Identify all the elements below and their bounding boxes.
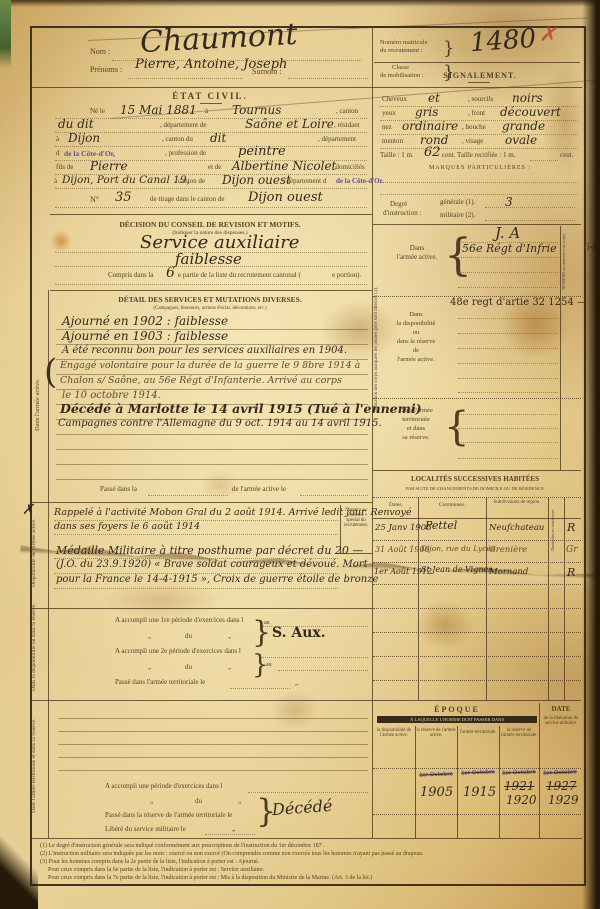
services-brace: ( [44, 352, 57, 392]
header-divider [32, 87, 582, 88]
ditto1: „ [148, 633, 151, 640]
periode2-label: A accompli une 2e période d'exercices da… [115, 648, 241, 655]
cent-label: cent. [560, 152, 573, 159]
localite-row-subdiv: Neufchateau [489, 524, 544, 533]
periode1-label: A accompli une 1re période d'exercices d… [115, 617, 243, 624]
epoque-col1-header: la disponibilité de l'armée active. [374, 728, 414, 738]
repertoire-corps-label: NUMÉRO au répertoire du corps. [562, 232, 571, 292]
departement3-label: , département d [283, 178, 326, 185]
passe-armee-active-label2: de l'armée active le [232, 486, 286, 493]
taille-value: 62 [424, 146, 441, 159]
canton-label: , canton [336, 108, 358, 115]
prenoms-line [128, 78, 243, 79]
localite-row-commune: Pettel [425, 520, 457, 531]
marques-particulieres-label: MARQUES PARTICULIÈRES : [395, 165, 565, 171]
service-entry: le 10 octobre 1914. [62, 391, 161, 401]
localite-row-commune: Dijon, rue du Lycée [421, 545, 495, 553]
dispo-label: Dans [390, 312, 442, 319]
classe-label: Classe [392, 65, 409, 72]
nom-label: Nom : [90, 48, 110, 56]
margin-cross-mark: ✗ [22, 503, 34, 517]
epoque-liberation-old: 1927 [546, 780, 577, 792]
decede-value: Décédé [272, 798, 333, 818]
yeux-value: gris [415, 106, 438, 118]
affectations-side-label: Indication des corps auxquels les jeunes… [374, 228, 384, 470]
col-dates-header: Dates. [375, 503, 417, 509]
armee-active-label2: l'armée active. [392, 254, 442, 261]
canton3-value: Dijon ouest [222, 174, 291, 186]
canton2-label: , canton du [162, 136, 193, 143]
ditto8: „ [232, 826, 235, 833]
matricule-classe-divider [374, 62, 580, 63]
passe-armee-active-label: Passé dans la [100, 486, 137, 493]
signalement-title: SIGNALEMENT. [395, 72, 565, 80]
service-entry-deces: Décédé à Marlotte le 14 avril 1915 (Tué … [60, 403, 422, 416]
residence-value: Dijon [68, 132, 100, 144]
col-subdiv-header: Subdivisions de région. [488, 500, 546, 505]
front-label: , front [468, 110, 485, 117]
armee-active-label: Dans [392, 245, 442, 252]
decision-value2: faiblesse [175, 252, 242, 267]
center-divider [372, 28, 373, 838]
taille-rectifiee-label: cent. Taille rectifiée : 1 m. [442, 152, 515, 159]
medaille-line2: (J.O. du 23.9.1920) « Brave soldat coura… [56, 560, 368, 570]
etat-civil-title: ÉTAT CIVIL. [140, 92, 280, 101]
cheveux-label: Cheveux [382, 96, 407, 103]
services-title: DÉTAIL DES SERVICES ET MUTATIONS DIVERSE… [60, 296, 360, 304]
ditto2: „ [228, 633, 231, 640]
controle-special-header: Numéro au contrôle spécial du recrutemen… [341, 508, 371, 528]
matricule-value: 1480 [469, 26, 537, 57]
nom-value: Chaumont [139, 20, 298, 58]
col-domiciles-header: Domiciles ou résidences. [551, 500, 562, 560]
bouche-value: grande [502, 120, 545, 132]
dispo-value: 48e regt d'artie 32 1254 — [450, 298, 587, 308]
localite-row-mark: Gr [566, 546, 578, 555]
sidebar-armee-active-label: Dans l'armée active. [34, 330, 41, 480]
epoque-liberation-new: 1929 [548, 794, 579, 806]
sidebar-territoriale-label: Dans l'armée territoriale et dans sa rés… [31, 706, 45, 826]
saux-value: S. Aux. [272, 626, 326, 640]
surnom-line [288, 78, 368, 79]
profession-value: peintre [238, 145, 286, 158]
et-de-label: et de [208, 164, 221, 171]
decision-title: DÉCISION DU CONSEIL DE REVISION ET MOTIF… [60, 221, 360, 229]
libere-label: Libéré du service militaire le [105, 826, 186, 833]
fils-de-label: fils de [56, 164, 73, 171]
localite-row-mark: R [567, 567, 575, 578]
departement-value: Saône et Loire [245, 118, 334, 130]
matricule-label: Numéro matricule [380, 40, 427, 47]
footnote-4: Pour ceux compris dans la 6e partie de l… [48, 867, 588, 873]
rappel-note-line2: dans ses foyers le 6 août 1914 [54, 522, 200, 532]
service-entry: Ajourné en 1902 : faiblesse [62, 315, 228, 327]
localite-row-commune: St Jean de Vignes [421, 566, 492, 574]
du2-label: du [185, 664, 192, 671]
periode3-label: A accompli une période d'exercices dans … [105, 783, 223, 790]
localite-row-subdiv: Mornand [489, 568, 528, 577]
cheveux-value: et [428, 92, 440, 104]
militaire-label: militaire (2). [440, 212, 475, 219]
canton-value: du dit [58, 118, 94, 130]
departement2-label: , département [318, 136, 356, 143]
epoque-territoriale-value: 1915 [463, 786, 496, 799]
territoriale-ruled-area [58, 706, 368, 776]
canton2-value: dit [210, 132, 226, 144]
tirage-text: de tirage dans le canton de [150, 196, 224, 203]
departement3-stamp: de la Côte-d'Or. [336, 178, 384, 185]
document-paper: Nom : Chaumont Prénoms : Pierre, Antoine… [0, 0, 600, 909]
scanned-document-photo: Nom : Chaumont Prénoms : Pierre, Antoine… [0, 0, 600, 909]
compris-label: Compris dans la [108, 272, 154, 279]
sidebar-disponibilite-label: Disponibilité de l'armée active. [31, 508, 45, 598]
a3-label: à [54, 178, 57, 185]
canton3-label: canton de [178, 178, 205, 185]
terr-brace: { [444, 404, 469, 450]
services-subtitle: (Campagnes, blessures, actions d'éclat, … [60, 306, 360, 311]
service-entry: A été reconnu bon pour les services auxi… [62, 346, 347, 356]
an-label: an [264, 620, 270, 626]
visage-value: ovale [505, 134, 537, 146]
du1-label: du [185, 633, 192, 640]
epoque-col2-header: la réserve de l'armée active. [416, 728, 456, 738]
epoque-reserve-value: 1905 [420, 786, 453, 799]
matricule-label2: du recrutement : [380, 48, 423, 55]
generale-label: générale (1). [440, 199, 475, 206]
front-value: découvert [500, 106, 561, 118]
epoque-col3-header: l'armée territoriale. [458, 730, 498, 735]
terr-label3: et dans [388, 426, 444, 433]
epoque-res-terr-old: 1921 [504, 780, 535, 792]
a2-label: à [56, 136, 59, 143]
ditto3: „ [148, 664, 151, 671]
bouche-label: , bouche [462, 124, 486, 131]
dispo-label6: l'armée active. [390, 357, 442, 364]
a-label: à [205, 108, 208, 115]
localite-row-date: 25 Janv 1905 [375, 524, 432, 533]
compris-label2: e partie de la liste du recrutement cant… [178, 272, 301, 279]
menton-label: menton [382, 138, 403, 145]
localite-row-mark: R [567, 522, 575, 533]
medaille-line1: Médaille Militaire à titre posthume par … [56, 545, 363, 556]
taille-label: Taille : 1 m. [380, 152, 414, 159]
matricule-brace: } [443, 38, 454, 59]
passe-reserve-territoriale-label: Passé dans la réserve de l'armée territo… [105, 812, 232, 819]
compris-value: 6 [166, 266, 175, 280]
passe-territoriale-label: Passé dans l'armée territoriale le [115, 679, 205, 686]
departement2-stamp: de la Côte-d'Or, [64, 150, 115, 158]
footnote-1: (1) Le degré d'instruction générale sera… [40, 843, 580, 849]
compris-label3: e portion). [332, 272, 361, 279]
photo-corner-bottom-left [0, 826, 38, 909]
localites-title: LOCALITÉS SUCCESSIVES HABITÉES [380, 476, 570, 483]
service-entry: Engagé volontaire pour la durée de la gu… [60, 361, 360, 371]
du3-label: du [195, 798, 202, 805]
sourcils-value: noirs [512, 92, 543, 104]
domicile-value: Dijon, Port du Canal 19, [62, 175, 190, 186]
domicilies-label: , domiciliés [332, 164, 365, 171]
epoque-subtitle: À LAQUELLE L'HOMME DOIT PASSER DANS [377, 716, 537, 723]
localite-row-subdiv: Grenière [489, 546, 527, 555]
service-entry: Ajourné en 1903 : faiblesse [62, 330, 228, 342]
armee-active-value1: J. A [495, 226, 520, 241]
epoque-res-terr-new: 1920 [506, 794, 537, 806]
epoque-title: ÉPOQUE [375, 706, 539, 714]
tirage-canton-value: Dijon ouest [248, 191, 323, 204]
commune-naissance: Tournus [232, 104, 281, 116]
ditto6: „ [150, 798, 153, 805]
dispo-label4: dans la réserve [390, 339, 442, 346]
service-entry: Chalon s/ Saône, au 56e Régt d'Infanteri… [60, 376, 342, 386]
date-liberation-title: DATE [541, 706, 581, 713]
dispo-label2: la disponibilité [390, 321, 442, 328]
dispo-label5: de [390, 348, 442, 355]
surnom-label: Surnom : [252, 68, 282, 76]
col-communes-header: Communes. [420, 503, 484, 509]
profession-label: , profession de [165, 150, 206, 157]
sourcils-label: , sourcils [468, 96, 493, 103]
terr-label4: sa réserve. [388, 435, 444, 442]
nez-label: nez [382, 124, 392, 131]
terr-label2: territoriale [388, 417, 444, 424]
photo-edge-top [0, 0, 600, 7]
title-flourish [200, 103, 222, 104]
plant-sliver [0, 0, 11, 68]
footnotes-divider [32, 838, 582, 839]
numero-tirage-value: 35 [115, 191, 132, 204]
visage-label: , visage [462, 138, 483, 145]
mere-value: Albertine Nicolet [232, 160, 336, 172]
numero-tirage-label: N° [90, 196, 99, 204]
departement-label: , département de [160, 122, 206, 129]
ne-le-label: Né le [90, 108, 105, 115]
prenoms-label: Prénoms : [90, 66, 122, 74]
degre-label: Degré [390, 201, 407, 208]
armee-active-value2: 56e Régt d'Infrie [462, 243, 557, 254]
residant-label: , résidant [334, 122, 360, 129]
medaille-line3: pour la France le 14-4-1915 », Croix de … [56, 575, 378, 585]
footnote-3: (3) Pour les hommes compris dans la 2e p… [40, 859, 580, 865]
date-liberation-sub: de la libération du service militaire. [542, 716, 580, 726]
pere-value: Pierre [90, 160, 128, 172]
footnote-2: (2) L'instruction militaire sera indiqué… [40, 851, 585, 857]
epoque-col4-header: la réserve de l'armée territoriale. [500, 728, 538, 738]
footnote-5: Pour ceux compris dans la 7e partie de l… [48, 875, 588, 881]
photo-edge-right [582, 0, 600, 909]
ne-le-value: 15 Mai 1881 [120, 104, 197, 116]
armee-active-brace: { [444, 230, 472, 281]
dispo-label3: ou [390, 330, 442, 337]
ditto7: „ [238, 798, 241, 805]
yeux-label: yeux [382, 110, 396, 117]
localites-subtitle: PAR SUITE DE CHANGEMENTS DE DOMICILE OU … [378, 487, 573, 492]
ditto4: „ [228, 664, 231, 671]
sidebar-reserve-label: Dans la disponibilité ou dans la réserve… [31, 600, 45, 695]
degre-label2: d'instruction : [383, 210, 421, 217]
nez-value: ordinaire [402, 120, 458, 132]
service-entry: Campagnes contre l'Allemagne du 9 oct. 1… [58, 419, 382, 429]
ditto5: „ [295, 680, 298, 687]
d-label: d [56, 150, 60, 157]
au-label: au [266, 662, 272, 668]
terr-label: Dans l'armée [388, 408, 444, 415]
